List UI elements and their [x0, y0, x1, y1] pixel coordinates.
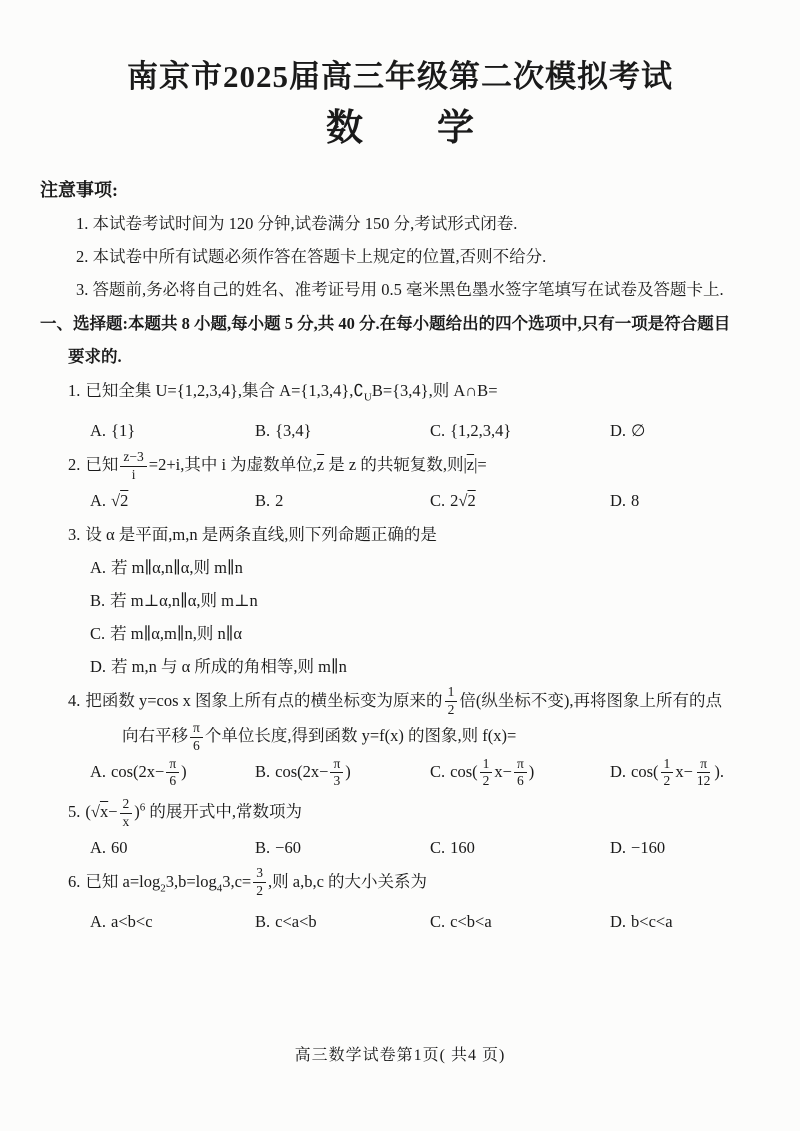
sqrt-radical: √2 [111, 491, 128, 510]
fraction: π12 [695, 756, 713, 791]
option-d: D.∅ [610, 414, 760, 447]
option-body: ∅ [631, 421, 645, 440]
option-body: c<a<b [275, 912, 317, 931]
sqrt-radical: √x [91, 802, 108, 821]
notice-item-3: 3. 答题前,务必将自己的姓名、准考证号用 0.5 毫米黑色墨水签字笔填写在试卷… [76, 273, 760, 306]
option-b: B.2 [255, 484, 430, 517]
option-label: A. [90, 838, 106, 857]
option-b: B.{3,4} [255, 414, 430, 447]
fraction: 12 [661, 756, 674, 791]
option-label: C. [430, 912, 445, 931]
option-d: D.8 [610, 484, 760, 517]
conjugate-bar: z [317, 455, 324, 474]
option-body: 若 m,n 与 α 所成的角相等,则 m∥n [111, 657, 347, 676]
option-label: D. [610, 762, 626, 781]
option-body: 若 m∥α,m∥n,则 n∥α [110, 624, 242, 643]
option-body: 若 m⊥α,n∥α,则 m⊥n [110, 591, 258, 610]
option-label: C. [430, 421, 445, 440]
option-a: A.60 [90, 831, 255, 864]
exam-paper-page: 南京市2025届高三年级第二次模拟考试 数 学 注意事项: 1. 本试卷考试时间… [0, 0, 800, 1131]
conjugate-bar: z [467, 455, 474, 474]
option-c: C.若 m∥α,m∥n,则 n∥α [90, 617, 270, 650]
option-c: C.cos(12x−π6) [430, 755, 610, 791]
question-number: 6. [68, 872, 80, 891]
page-footer: 高三数学试卷第1页( 共4 页) [0, 1042, 800, 1065]
option-body: {3,4} [275, 421, 311, 440]
option-d: D.−160 [610, 831, 760, 864]
option-a: A.若 m∥α,n∥α,则 m∥n [90, 551, 255, 584]
option-label: C. [430, 762, 445, 781]
question-number: 3. [68, 525, 80, 544]
option-d: D.cos(12x−π12). [610, 755, 760, 791]
option-a: A.a<b<c [90, 905, 255, 938]
option-c: C.2√2 [430, 484, 610, 517]
question-stem: 已知z−3i=2+i,其中 i 为虚数单位,z 是 z 的共轭复数,则|z|= [85, 455, 486, 474]
fraction: 32 [253, 865, 266, 900]
option-body: 60 [111, 838, 128, 857]
option-body: c<b<a [450, 912, 492, 931]
option-label: C. [90, 624, 105, 643]
question-5-options: A.60B.−60C.160D.−160 [90, 831, 760, 864]
question-1: 1.已知全集 U={1,2,3,4},集合 A={1,3,4},∁UB={3,4… [40, 374, 760, 414]
fraction: 12 [480, 756, 493, 791]
option-b: B.cos(2x−π3) [255, 755, 430, 791]
option-body: 8 [631, 491, 639, 510]
notice-heading: 注意事项: [40, 174, 760, 207]
option-label: B. [255, 762, 270, 781]
option-c: C.c<b<a [430, 905, 610, 938]
option-body: 2 [275, 491, 283, 510]
option-c: C.{1,2,3,4} [430, 414, 610, 447]
question-stem: 把函数 y=cos x 图象上所有点的横坐标变为原来的12倍(纵坐标不变),再将… [85, 691, 722, 746]
option-label: C. [430, 838, 445, 857]
fraction: π6 [190, 720, 203, 755]
question-3-options: A.若 m∥α,n∥α,则 m∥nB.若 m⊥α,n∥α,则 m⊥nC.若 m∥… [90, 551, 760, 683]
option-body: cos(12x−π12). [631, 762, 724, 781]
option-label: B. [255, 421, 270, 440]
option-label: D. [90, 657, 106, 676]
question-5: 5.(√x−2x)6 的展开式中,常数项为 [40, 791, 760, 830]
question-2-options: A.√2B.2C.2√2D.8 [90, 484, 760, 517]
exam-title: 南京市2025届高三年级第二次模拟考试 [40, 58, 760, 95]
option-label: A. [90, 912, 106, 931]
option-label: D. [610, 912, 626, 931]
question-number: 1. [68, 381, 80, 400]
question-2: 2.已知z−3i=2+i,其中 i 为虚数单位,z 是 z 的共轭复数,则|z|… [40, 448, 760, 484]
fraction: π6 [166, 756, 179, 791]
option-label: B. [255, 838, 270, 857]
option-label: A. [90, 421, 106, 440]
page-content: 南京市2025届高三年级第二次模拟考试 数 学 注意事项: 1. 本试卷考试时间… [0, 0, 800, 938]
option-label: A. [90, 558, 106, 577]
option-body: cos(2x−π6) [111, 762, 187, 781]
option-body: cos(12x−π6) [450, 762, 534, 781]
notice-item-1: 1. 本试卷考试时间为 120 分钟,试卷满分 150 分,考试形式闭卷. [76, 207, 760, 240]
question-1-options: A.{1}B.{3,4}C.{1,2,3,4}D.∅ [90, 414, 760, 447]
question-4-options: A.cos(2x−π6)B.cos(2x−π3)C.cos(12x−π6)D.c… [90, 755, 760, 791]
question-stem: 已知 a=log23,b=log43,c=32,则 a,b,c 的大小关系为 [85, 872, 427, 891]
fraction: π3 [330, 756, 343, 791]
option-body: √2 [111, 491, 128, 510]
option-label: B. [255, 491, 270, 510]
option-label: D. [610, 491, 626, 510]
option-body: cos(2x−π3) [275, 762, 351, 781]
option-a: A.cos(2x−π6) [90, 755, 255, 791]
option-d: D.b<c<a [610, 905, 760, 938]
option-label: D. [610, 838, 626, 857]
question-6-options: A.a<b<cB.c<a<bC.c<b<aD.b<c<a [90, 905, 760, 938]
question-6: 6.已知 a=log23,b=log43,c=32,则 a,b,c 的大小关系为 [40, 865, 760, 905]
option-label: D. [610, 421, 626, 440]
option-label: C. [430, 491, 445, 510]
option-body: 160 [450, 838, 475, 857]
option-body: a<b<c [111, 912, 153, 931]
question-number: 2. [68, 455, 80, 474]
option-body: {1,2,3,4} [450, 421, 511, 440]
option-body: −60 [275, 838, 301, 857]
fraction: z−3i [120, 449, 146, 484]
option-body: −160 [631, 838, 665, 857]
question-number: 4. [68, 691, 80, 710]
option-label: A. [90, 491, 106, 510]
option-a: A.{1} [90, 414, 255, 447]
option-label: A. [90, 762, 106, 781]
option-body: 若 m∥α,n∥α,则 m∥n [111, 558, 243, 577]
fraction: 12 [445, 684, 458, 719]
option-a: A.√2 [90, 484, 255, 517]
fraction: π6 [514, 756, 527, 791]
exam-subject: 数 学 [40, 107, 760, 151]
question-3: 3.设 α 是平面,m,n 是两条直线,则下列命题正确的是 [40, 518, 760, 551]
option-body: {1} [111, 421, 135, 440]
option-d: D.若 m,n 与 α 所成的角相等,则 m∥n [90, 650, 760, 683]
question-stem: 已知全集 U={1,2,3,4},集合 A={1,3,4},∁UB={3,4},… [85, 381, 497, 400]
question-4: 4.把函数 y=cos x 图象上所有点的横坐标变为原来的12倍(纵坐标不变),… [40, 684, 760, 755]
option-body: 2√2 [450, 491, 476, 510]
question-stem: 设 α 是平面,m,n 是两条直线,则下列命题正确的是 [85, 525, 436, 544]
option-label: B. [255, 912, 270, 931]
option-b: B.若 m⊥α,n∥α,则 m⊥n [90, 584, 265, 617]
sqrt-radical: √2 [458, 491, 475, 510]
option-b: B.c<a<b [255, 905, 430, 938]
option-b: B.−60 [255, 831, 430, 864]
section-heading: 一、选择题:本题共 8 小题,每小题 5 分,共 40 分.在每小题给出的四个选… [40, 307, 760, 373]
notice-item-2: 2. 本试卷中所有试题必须作答在答题卡上规定的位置,否则不给分. [76, 240, 760, 273]
option-c: C.160 [430, 831, 610, 864]
fraction: 2x [120, 796, 133, 831]
option-label: B. [90, 591, 105, 610]
question-number: 5. [68, 802, 80, 821]
question-stem: (√x−2x)6 的展开式中,常数项为 [85, 802, 302, 821]
option-body: b<c<a [631, 912, 673, 931]
